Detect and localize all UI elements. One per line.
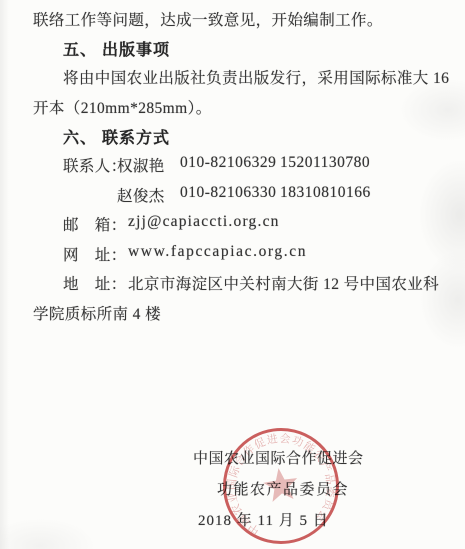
contact-mobile: 18310810166	[280, 184, 371, 202]
official-seal-graphic: 中国农业国际合作促进会功能农产品委员会	[211, 416, 351, 549]
address-value-line1: 北京市海淀区中关村南大街 12 号中国农业科	[128, 272, 439, 294]
scanned-document-page: 联络工作等问题，达成一致意见，开始编制工作。 五、 出版事项 将由中国农业出版社…	[0, 0, 465, 549]
contact-phone: 010-82106330	[180, 184, 276, 202]
email-value: zjj@capiaccti.org.cn	[128, 213, 280, 231]
contact-name: 赵俊杰	[117, 184, 165, 206]
address-label: 地 址：	[63, 272, 127, 294]
address-value-line2: 学院质标所南 4 楼	[33, 302, 161, 324]
paragraph-continuation: 联络工作等问题，达成一致意见，开始编制工作。	[33, 8, 383, 30]
section-heading-contact: 六、 联系方式	[63, 125, 170, 148]
seal-star-icon	[262, 466, 300, 503]
website-value: www.fapccapiac.org.cn	[128, 243, 307, 261]
website-label: 网 址：	[63, 243, 127, 265]
contact-phone: 010-82106329	[180, 154, 276, 172]
publishing-body-line2: 开本（210mm*285mm）。	[33, 96, 212, 118]
contact-mobile: 15201130780	[280, 154, 370, 172]
publishing-body-line1: 将由中国农业出版社负责出版发行，采用国际标准大 16	[63, 66, 449, 88]
official-seal: 中国农业国际合作促进会功能农产品委员会	[211, 416, 351, 549]
section-heading-publishing: 五、 出版事项	[63, 37, 170, 60]
email-label: 邮 箱：	[63, 213, 127, 235]
contact-name: 权淑艳	[117, 154, 165, 176]
